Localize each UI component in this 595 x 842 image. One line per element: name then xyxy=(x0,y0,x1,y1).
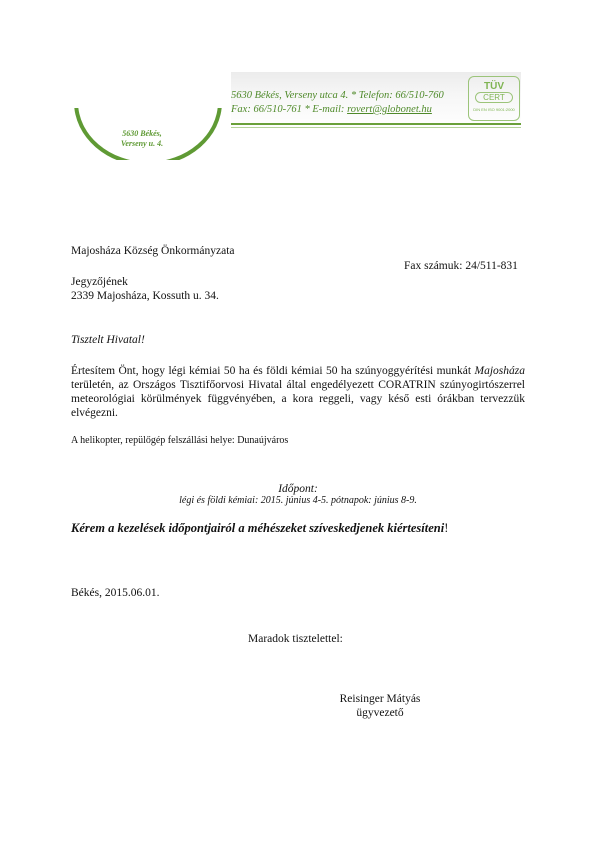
letterhead-rule-thin xyxy=(231,127,521,128)
body-text-part-2: területén, az Országos Tisztifőorvosi Hi… xyxy=(71,379,525,419)
letterhead-contact-line-2: Fax: 66/510-761 * E-mail: rovert@globone… xyxy=(231,104,432,115)
body-text-part-1: Értesítem Önt, hogy légi kémiai 50 ha és… xyxy=(71,365,475,377)
recipient-org: Majosháza Község Önkormányzata xyxy=(71,244,235,258)
recipient-role: Jegyzőjének xyxy=(71,275,128,289)
cert-badge-sub: CERT xyxy=(475,92,513,103)
signature-name: Reisinger Mátyás xyxy=(320,692,440,706)
tuv-cert-badge: TÜV CERT DIN EN ISO 9001:2000 xyxy=(468,76,520,121)
letterhead-contact-line-1: 5630 Békés, Verseny utca 4. * Telefon: 6… xyxy=(231,90,444,101)
logo-address-line-1: 5630 Békés, xyxy=(112,129,172,139)
body-place-name: Majosháza xyxy=(475,365,525,377)
schedule-detail: légi és földi kémiai: 2015. június 4-5. … xyxy=(71,495,525,506)
takeoff-location: A helikopter, repülőgép felszállási hely… xyxy=(71,435,288,446)
cert-badge-title: TÜV xyxy=(469,81,519,92)
signature-title: ügyvezető xyxy=(320,706,440,720)
cert-badge-norm: DIN EN ISO 9001:2000 xyxy=(469,107,519,112)
email-link[interactable]: rovert@globonet.hu xyxy=(347,104,432,115)
recipient-fax: Fax számuk: 24/511-831 xyxy=(404,259,518,273)
date-line: Békés, 2015.06.01. xyxy=(71,586,159,600)
recipient-address: 2339 Majosháza, Kossuth u. 34. xyxy=(71,289,219,303)
beekeeper-request: Kérem a kezelések időpontjairól a méhész… xyxy=(71,521,448,536)
logo-address: 5630 Békés, Verseny u. 4. xyxy=(112,129,172,149)
salutation: Tisztelt Hivatal! xyxy=(71,333,145,347)
closing-line: Maradok tisztelettel: xyxy=(248,632,343,646)
schedule-heading: Időpont: xyxy=(71,482,525,496)
body-paragraph: Értesítem Önt, hogy légi kémiai 50 ha és… xyxy=(71,364,525,420)
fax-email-label: Fax: 66/510-761 * E-mail: xyxy=(231,104,347,115)
logo-address-line-2: Verseny u. 4. xyxy=(112,139,172,149)
request-suffix: ! xyxy=(444,521,448,535)
request-text: Kérem a kezelések időpontjairól a méhész… xyxy=(71,521,444,535)
letterhead-rule xyxy=(231,123,521,125)
